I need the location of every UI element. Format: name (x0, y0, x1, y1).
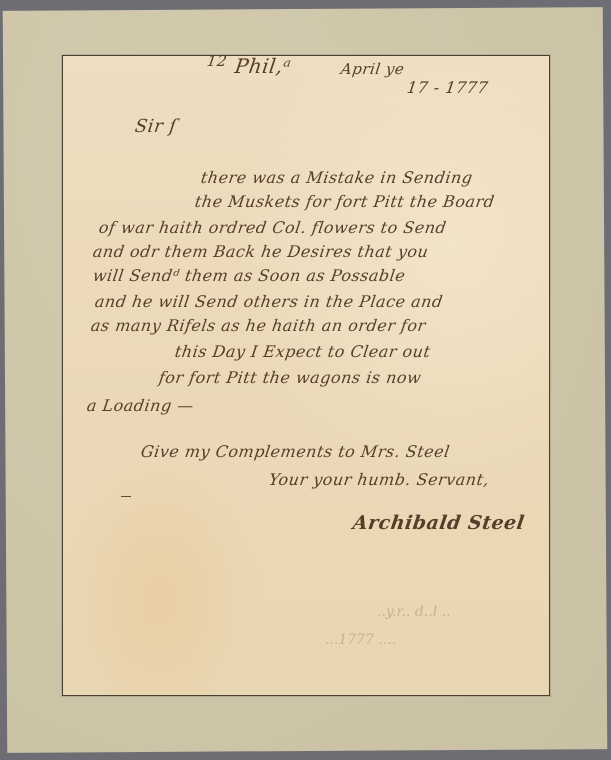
body-line: and odr them Back he Desires that you (92, 242, 430, 261)
signature: Archibald Steel (351, 512, 526, 534)
body-line: Give my Complements to Mrs. Steel (140, 442, 452, 461)
date-line-2: 17 - 1777 (406, 78, 490, 97)
margin-dash (121, 496, 131, 497)
body-line: this Day I Expect to Clear out (174, 342, 432, 361)
body-line: for fort Pitt the wagons is now (158, 368, 423, 387)
bleedthrough-text: ...1777 .... (325, 632, 396, 648)
body-line: there was a Mistake in Sending (200, 168, 474, 187)
date-line-1: April ye (340, 60, 406, 78)
closing: Your your humb. Servant, (268, 470, 491, 489)
body-line: will Sendᵈ them as Soon as Possable (92, 266, 407, 285)
body-line: a Loading — (86, 396, 196, 415)
letter-paper: 12 Phil,ᵃ April ye 17 - 1777 Sir ſ there… (62, 55, 550, 696)
body-line: and he will Send others in the Place and (94, 292, 444, 311)
page-number: 12 (206, 52, 229, 70)
body-line: as many Rifels as he haith an order for (90, 316, 427, 335)
place-heading: Phil,ᵃ (233, 54, 292, 78)
salutation: Sir ſ (134, 116, 179, 137)
body-line: the Muskets for fort Pitt the Board (194, 192, 496, 211)
bleedthrough-text: ..y.r.. d..l .. (377, 604, 451, 620)
body-line: of war haith ordred Col. flowers to Send (98, 218, 448, 237)
